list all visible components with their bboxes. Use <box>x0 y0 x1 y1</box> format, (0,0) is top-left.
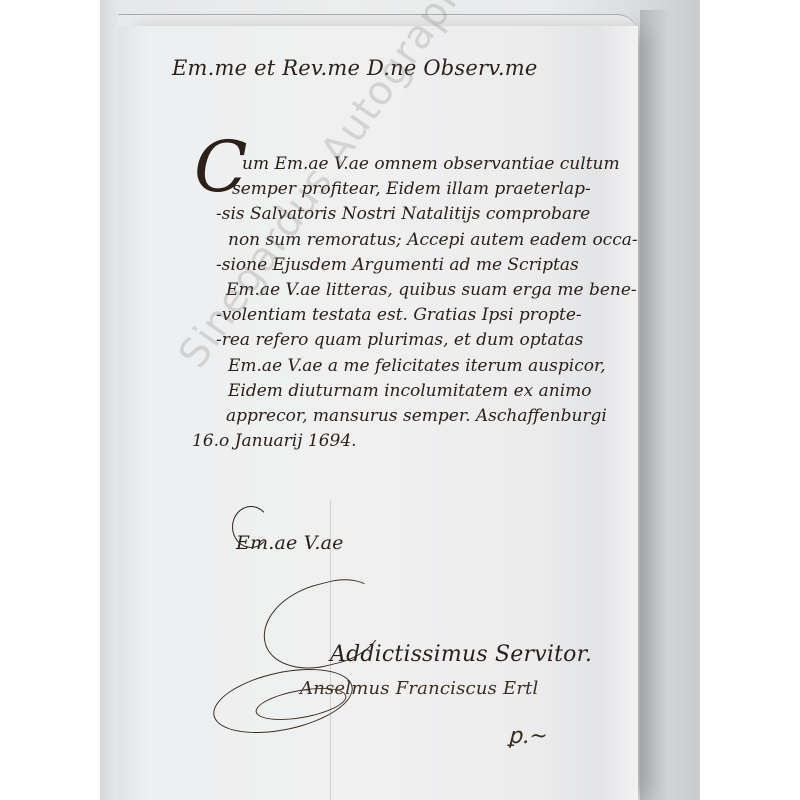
closing-address: Em.ae V.ae <box>236 532 344 554</box>
body-line: Em.ae V.ae a me felicitates iterum auspi… <box>228 354 658 379</box>
body-line: -volentiam testata est. Gratias Ipsi pro… <box>216 303 646 328</box>
body-line: -rea refero quam plurimas, et dum optata… <box>216 328 646 353</box>
body-line: apprecor, mansurus semper. Aschaffenburg… <box>226 404 656 429</box>
body-line: Em.ae V.ae litteras, quibus suam erga me… <box>226 278 656 303</box>
salutation: Em.me et Rev.me D.ne Observ.me <box>172 56 537 80</box>
paraph-mark: ꝑ.~ <box>508 724 548 749</box>
signature: Anselmus Franciscus Ertl <box>300 678 539 699</box>
subscription: Addictissimus Servitor. <box>330 642 592 667</box>
body-line: Eidem diuturnam incolumitatem ex animo <box>228 379 658 404</box>
body-line: 16.o Januarij 1694. <box>192 429 622 454</box>
